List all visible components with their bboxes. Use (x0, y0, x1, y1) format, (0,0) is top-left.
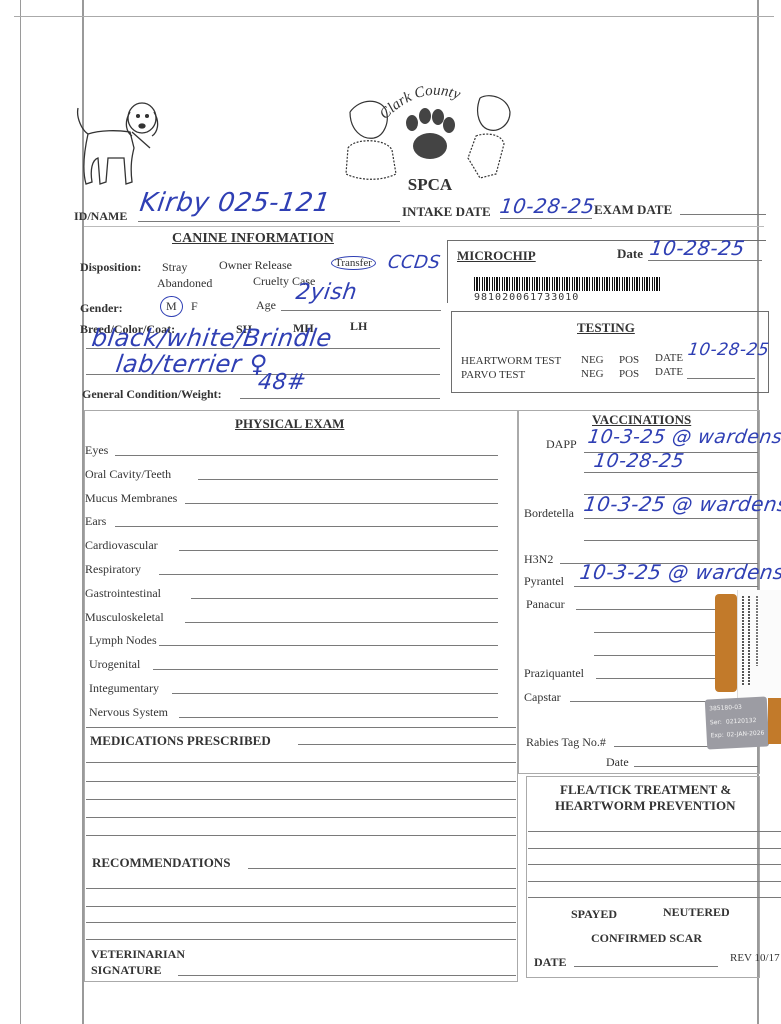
age-underline (281, 310, 441, 311)
bordetella-line (584, 518, 758, 519)
vaccine-sticker-orange (715, 594, 737, 692)
recommendations-field[interactable] (86, 939, 516, 940)
rabies-date-field[interactable] (634, 766, 758, 767)
pyrantel-field[interactable]: 10-3-25 @ wardens (578, 560, 781, 584)
praziquantel-field[interactable] (596, 678, 716, 679)
age-field[interactable]: 2yish (294, 280, 359, 305)
disposition-stray[interactable]: Stray (162, 260, 187, 275)
rabies-sticker-tab (768, 698, 781, 744)
spca-logo: Clark County SPCA (340, 78, 520, 198)
heartworm-test-label: HEARTWORM TEST (461, 355, 561, 367)
intake-date-field[interactable]: 10-28-25 (498, 194, 596, 218)
heartworm-date-label: DATE (655, 352, 683, 364)
intake-date-label: INTAKE DATE (402, 204, 491, 220)
dapp-label: DAPP (546, 437, 577, 452)
exam-date-field[interactable] (680, 214, 766, 215)
sticker-ser-value: 02120132 (726, 717, 757, 726)
exam-item-field[interactable] (115, 526, 498, 527)
medications-field[interactable] (86, 835, 516, 836)
physical-exam-title: PHYSICAL EXAM (235, 416, 344, 432)
dapp-line-2 (584, 472, 758, 473)
exam-date-label: EXAM DATE (594, 202, 672, 218)
bordetella-label: Bordetella (524, 506, 574, 521)
flea-tick-field[interactable] (528, 848, 781, 849)
id-name-field[interactable]: Kirby 025-121 (138, 188, 332, 218)
beagle-dog-icon (72, 96, 172, 192)
exam-item-label: Respiratory (85, 562, 141, 577)
scan-edge-left-outer (20, 0, 21, 1024)
bordetella-line-2 (584, 540, 758, 541)
breed-color-field-1[interactable]: black/white/Brindle (90, 324, 334, 352)
canine-info-title: CANINE INFORMATION (172, 231, 334, 247)
exam-item-field[interactable] (115, 455, 498, 456)
panacur-label: Panacur (526, 597, 565, 612)
exam-item-field[interactable] (191, 598, 498, 599)
age-label: Age (256, 298, 276, 313)
medications-top-divider (86, 727, 516, 728)
panacur-field[interactable] (576, 609, 716, 610)
parvo-neg[interactable]: NEG (581, 368, 604, 380)
medications-field[interactable] (86, 799, 516, 800)
sticker-lot: 385180-03 (709, 704, 742, 713)
signature-label-line1: VETERINARIAN (91, 947, 185, 962)
spay-date-field[interactable] (574, 966, 718, 967)
pyrantel-line (574, 586, 758, 587)
id-name-label: ID/NAME (74, 209, 127, 224)
exam-item-label: Lymph Nodes (89, 633, 157, 648)
veterinarian-signature-field[interactable] (178, 975, 516, 976)
medications-field-0[interactable] (298, 744, 516, 745)
pyrantel-label: Pyrantel (524, 574, 564, 589)
parvo-date-label: DATE (655, 366, 683, 378)
exam-item-label: Mucus Membranes (85, 491, 177, 506)
intake-date-underline (500, 218, 592, 219)
disposition-owner-release[interactable]: Owner Release (219, 258, 292, 273)
disposition-note[interactable]: CCDS (387, 252, 442, 273)
flea-tick-field[interactable] (528, 831, 781, 832)
exam-item-field[interactable] (198, 479, 498, 480)
exam-item-label: Gastrointestinal (85, 586, 161, 601)
scan-top-line (14, 16, 774, 17)
neutered-option[interactable]: NEUTERED (663, 905, 730, 920)
exam-item-field[interactable] (153, 669, 498, 670)
flea-tick-field[interactable] (528, 881, 781, 882)
condition-underline (240, 398, 440, 399)
vaccine-sticker-white (737, 590, 781, 700)
exam-item-label: Cardiovascular (85, 538, 158, 553)
flea-tick-title-1: FLEA/TICK TREATMENT & (560, 782, 731, 798)
medications-field[interactable] (86, 817, 516, 818)
capstar-label: Capstar (524, 690, 561, 705)
flea-tick-title-2: HEARTWORM PREVENTION (555, 798, 735, 814)
exam-item-label: Nervous System (89, 705, 168, 720)
bordetella-field[interactable]: 10-3-25 @ wardens (582, 492, 781, 516)
gender-male-selected[interactable]: M (160, 296, 183, 317)
exam-item-field[interactable] (159, 574, 498, 575)
praziquantel-label: Praziquantel (524, 666, 584, 681)
microchip-barcode (474, 277, 660, 291)
dapp-field-1[interactable]: 10-3-25 @ wardens (586, 426, 781, 448)
exam-item-field[interactable] (159, 645, 498, 646)
exam-item-field[interactable] (185, 622, 498, 623)
flea-tick-field[interactable] (528, 864, 781, 865)
microchip-title: MICROCHIP (457, 248, 536, 264)
recommendations-field[interactable] (86, 888, 516, 889)
id-row-divider (84, 226, 764, 227)
exam-item-label: Integumentary (89, 681, 159, 696)
disposition-abandoned[interactable]: Abandoned (157, 276, 212, 291)
parvo-test-label: PARVO TEST (461, 369, 525, 381)
condition-weight-field[interactable]: 48# (256, 370, 307, 395)
coat-lh[interactable]: LH (350, 319, 367, 334)
spayed-option[interactable]: SPAYED (571, 907, 617, 922)
exam-item-label: Ears (85, 514, 106, 529)
panacur-line-3 (594, 655, 716, 656)
disposition-label: Disposition: (80, 260, 141, 275)
dapp-field-2[interactable]: 10-28-25 (592, 450, 685, 472)
recommendations-field[interactable] (86, 906, 516, 907)
exam-item-label: Urogenital (89, 657, 140, 672)
h3n2-label: H3N2 (524, 552, 553, 567)
exam-item-label: Musculoskeletal (85, 610, 164, 625)
heartworm-date-field[interactable]: 10-28-25 (687, 340, 771, 360)
recommendations-field-0[interactable] (248, 868, 516, 869)
sticker-exp-label: Exp: (710, 732, 724, 740)
microchip-date-underline (648, 260, 762, 261)
exam-item-label: Oral Cavity/Teeth (85, 467, 171, 482)
parvo-date-field[interactable] (687, 378, 755, 379)
rabies-date-label: Date (606, 755, 629, 770)
disposition-transfer-selected[interactable]: Transfer (331, 256, 376, 270)
condition-weight-label: General Condition/Weight: (82, 387, 222, 402)
recommendations-title: RECOMMENDATIONS (92, 855, 230, 871)
revision-label: REV 10/17 (730, 952, 780, 964)
exam-item-field[interactable] (179, 717, 498, 718)
exam-item-field[interactable] (179, 550, 498, 551)
rabies-tag-field[interactable] (614, 746, 714, 747)
heartworm-pos[interactable]: POS (619, 354, 639, 366)
signature-label-line2: SIGNATURE (91, 963, 161, 978)
microchip-date-label: Date (617, 246, 643, 262)
panacur-line-2 (594, 632, 716, 633)
exam-item-label: Eyes (85, 443, 108, 458)
rabies-vaccine-sticker: 385180-03 Ser: 02120132 Exp: 02-JAN-2026 (705, 696, 770, 749)
confirmed-scar-option[interactable]: CONFIRMED SCAR (591, 931, 702, 946)
parvo-pos[interactable]: POS (619, 368, 639, 380)
sticker-ser-label: Ser: (710, 719, 722, 727)
exam-item-field[interactable] (185, 503, 498, 504)
sticker-exp-value: 02-JAN-2026 (726, 730, 764, 739)
medications-title: MEDICATIONS PRESCRIBED (90, 733, 271, 749)
medications-field[interactable] (86, 781, 516, 782)
flea-tick-field[interactable] (528, 897, 781, 898)
recommendations-field[interactable] (86, 922, 516, 923)
id-name-underline (138, 221, 400, 222)
heartworm-neg[interactable]: NEG (581, 354, 604, 366)
rabies-tag-label: Rabies Tag No.# (526, 735, 606, 750)
microchip-date-field[interactable]: 10-28-25 (648, 236, 746, 260)
medications-field[interactable] (86, 762, 516, 763)
breed-color-field-2[interactable]: lab/terrier ♀ (114, 350, 270, 378)
gender-female[interactable]: F (191, 299, 198, 314)
spay-date-label: DATE (534, 955, 566, 970)
svg-text:SPCA: SPCA (408, 175, 453, 194)
exam-item-field[interactable] (172, 693, 498, 694)
testing-title: TESTING (577, 320, 635, 336)
microchip-number[interactable]: 981020061733010 (474, 292, 579, 303)
gender-label: Gender: (80, 301, 123, 316)
